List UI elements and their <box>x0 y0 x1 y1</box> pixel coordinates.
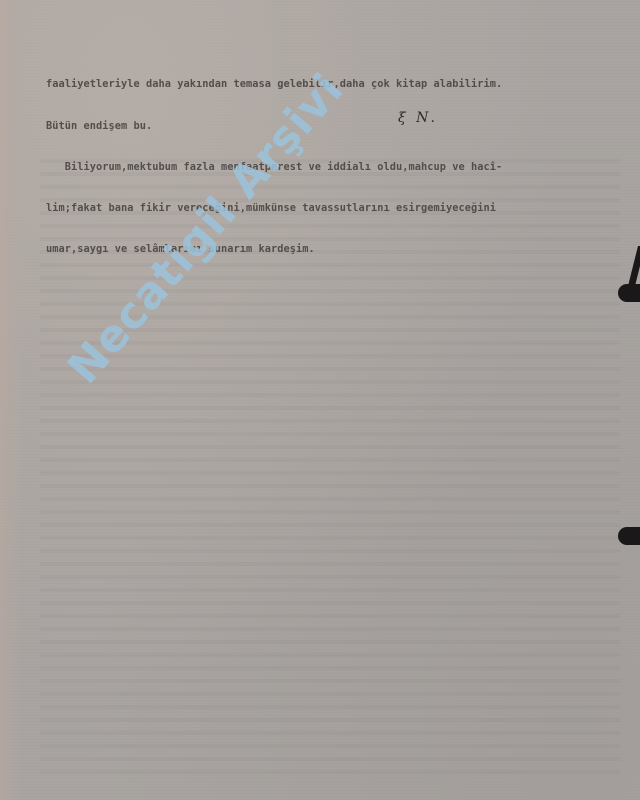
document-page: faaliyetleriyle daha yakından temasa gel… <box>0 0 640 800</box>
paper-edge <box>0 0 22 800</box>
letter-line: Biliyorum,mektubum fazla menfaatperest v… <box>46 161 606 175</box>
binder-hole-mark-bottom <box>618 527 640 545</box>
binder-hole-mark-top <box>618 284 640 302</box>
letter-line: umar,saygı ve selâmlarımı sunarım kardeş… <box>46 243 606 257</box>
letter-line: lim;fakat bana fikir vereceğini,mümkünse… <box>46 202 606 216</box>
handwritten-signature: ξ N. <box>398 110 438 126</box>
